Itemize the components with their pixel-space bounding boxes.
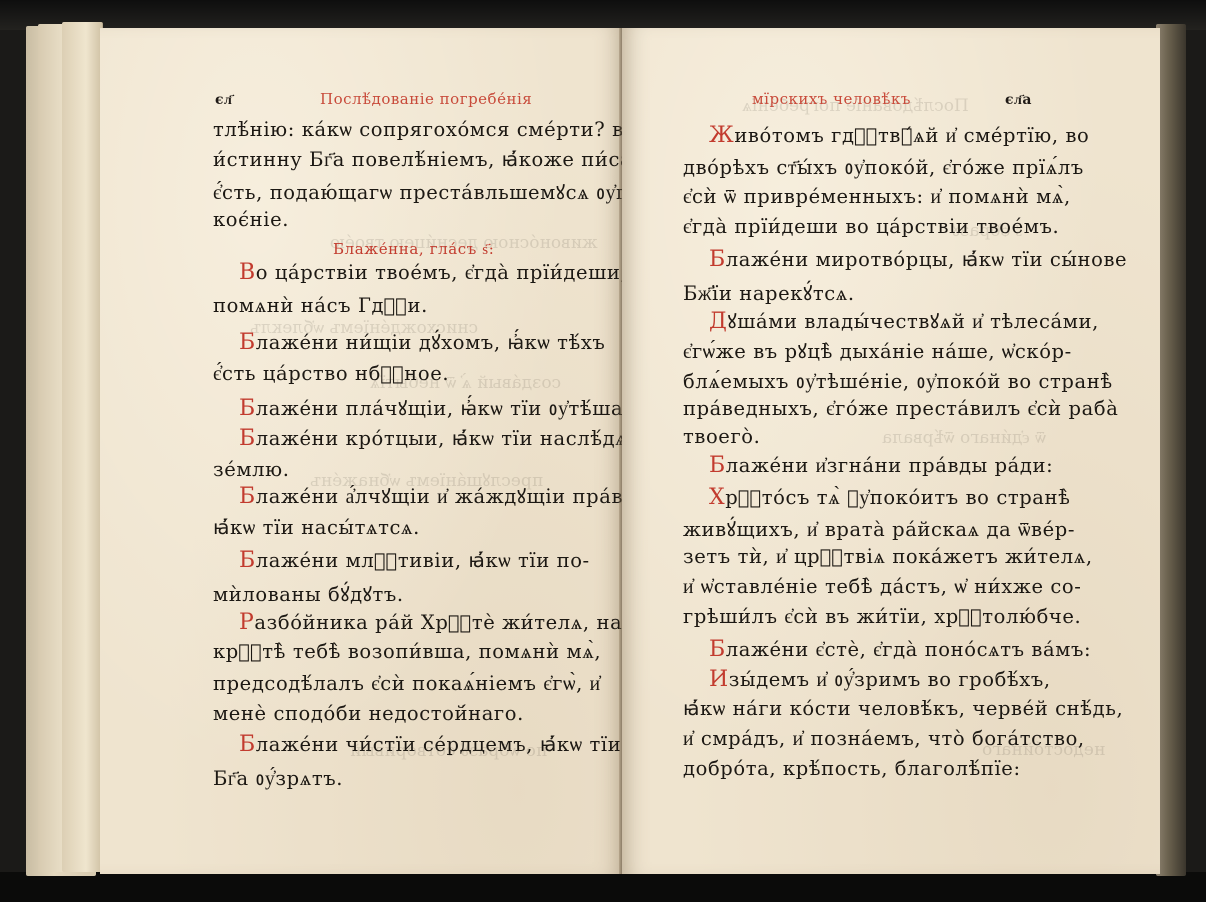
line-text: тлѣ́нію: ка́кѡ сопрягохо́мся сме́рти? во… xyxy=(213,118,643,141)
background-top xyxy=(0,0,1206,30)
text-line: живꙋ́щихъ, и҆ врата̀ ра́йскаѧ да ѿве́р- xyxy=(683,515,1075,542)
line-text: лаже́ни млⷭ҇тивіи, ꙗ҆́кѡ тїи по- xyxy=(256,549,590,572)
line-text: є҆гѡ́же въ рꙋцѣ̀ дыха́ніе на́ше, ѡ҆ско́р… xyxy=(683,340,1072,363)
text-line: добро́та, крѣ́пость, благолѣ́пїе: xyxy=(683,757,1021,780)
text-line: є҆гѡ́же въ рꙋцѣ̀ дыха́ніе на́ше, ѡ҆ско́р… xyxy=(683,337,1072,364)
red-initial: Б xyxy=(709,637,726,662)
text-line: коє́ніе. xyxy=(213,208,289,231)
text-line: и҆ смра́дъ, и҆ позна́емъ, что̀ бога́тств… xyxy=(683,727,1085,751)
line-text: лаже́ни и҆згна́ни пра́вды ра́ди: xyxy=(726,454,1053,477)
line-text: є҆́сть ца́рство нбⷭ҇ное. xyxy=(213,362,449,385)
line-text: добро́та, крѣ́пость, благолѣ́пїе: xyxy=(683,757,1021,780)
red-initial: Б xyxy=(239,330,256,355)
text-line: Во ца́рствіи твое́мъ, є҆гда̀ прїи́деши, xyxy=(239,260,627,285)
page-stack-edge xyxy=(62,22,103,872)
red-initial: Б xyxy=(239,484,256,509)
red-initial: И xyxy=(709,667,729,692)
line-text: лаже́ни є҆стѐ, є҆гда̀ поно́сѧтъ ва́мъ: xyxy=(726,638,1091,661)
line-text: пра́ведныхъ, є҆го́же преста́вилъ є҆сѝ ра… xyxy=(683,397,1118,420)
text-line: и́стинну Бг҃а повелѣ́ніемъ, ꙗ҆́коже пи́с… xyxy=(213,148,658,172)
folio-number: єл҃а xyxy=(1005,92,1032,108)
running-head: мїрскихъ человѣ́къ xyxy=(752,90,911,108)
text-line: крⷭ҇тѣ̀ тебѣ̀ возопи́вша, помѧнѝ мѧ̀, xyxy=(213,640,601,664)
right-running-head-wrap: мїрскихъ человѣ́къ xyxy=(752,90,911,108)
text-line: є҆гда̀ прїи́деши во ца́рствіи твое́мъ. xyxy=(683,215,1059,239)
text-line: дво́рѣхъ ст҃ы́хъ ᲂу҆поко́й, є҆го́же прїѧ… xyxy=(683,153,1084,180)
line-text: помѧнѝ на́съ Гдⷭ҇и. xyxy=(213,294,428,317)
red-initial: Ж xyxy=(709,123,734,148)
red-initial: Х xyxy=(709,485,725,510)
line-text: зетъ тѝ, и҆ црⷭ҇твіѧ пока́жетъ жи́телѧ, xyxy=(683,545,1093,568)
running-head: Послѣ́дованіе погребе́нія xyxy=(320,90,532,108)
line-text: живꙋ́щихъ, и҆ врата̀ ра́йскаѧ да ѿве́р- xyxy=(683,518,1075,541)
line-text: предсодѣ́лалъ є҆сѝ покаѧ́ніемъ є҆гѡ̀, и҆ xyxy=(213,672,601,695)
text-line: є҆́сть ца́рство нбⷭ҇ное. xyxy=(213,362,449,386)
line-text: и҆ смра́дъ, и҆ позна́емъ, что̀ бога́тств… xyxy=(683,727,1085,750)
red-initial: Б xyxy=(239,548,256,573)
text-line: предсодѣ́лалъ є҆сѝ покаѧ́ніемъ є҆гѡ̀, и҆ xyxy=(213,672,601,696)
line-text: лаже́ни а҆́лчꙋщіи и҆ жа́ждꙋщіи пра́вды, xyxy=(256,485,659,508)
line-text: дво́рѣхъ ст҃ы́хъ ᲂу҆поко́й, є҆го́же прїѧ… xyxy=(683,156,1084,179)
text-line: Изы́демъ и҆ ᲂу҆́зримъ во гробѣ́хъ, xyxy=(709,665,1051,692)
line-text: азбо́йника ра́й Хрⷭ҇тѐ жи́телѧ, на xyxy=(254,611,622,634)
line-text: коє́ніе. xyxy=(213,208,289,231)
line-text: лаже́ни чи́стїи се́рдцемъ, ꙗ҆́кѡ тїи xyxy=(256,733,622,756)
text-line: Блаже́ни миротво́рцы, ꙗ҆́кѡ тїи сы́нове xyxy=(709,247,1127,272)
text-line: грѣши́лъ є҆сѝ въ жи́тїи, хрⷭ҇толю́бче. xyxy=(683,605,1081,629)
line-text: лаже́ни пла́чꙋщіи, ꙗ҆́кѡ тїи ᲂу҆тѣ́шатсѧ… xyxy=(256,397,665,420)
text-line: є҆сѝ ѿ привре́менныхъ: и҆ помѧнѝ мѧ̀, xyxy=(683,185,1071,209)
line-text: лаже́ни ни́щіи дꙋ́хомъ, ꙗ҆́кѡ тѣ́хъ xyxy=(256,331,606,354)
text-line: Блаже́ни чи́стїи се́рдцемъ, ꙗ҆́кѡ тїи xyxy=(239,732,621,757)
red-initial: Б xyxy=(239,732,256,757)
text-line: Хрⷭ҇то́съ тѧ̀ ᲂу҆поко́итъ во странѣ̀ xyxy=(709,485,1071,510)
red-initial: Д xyxy=(709,309,728,334)
text-line: Дꙋша́ми влады́чествꙋѧй и҆ тѣлеса́ми, xyxy=(709,307,1099,334)
line-text: твоего̀. xyxy=(683,425,760,448)
red-initial: В xyxy=(239,260,256,285)
text-line: Блаже́ни а҆́лчꙋщіи и҆ жа́ждꙋщіи пра́вды, xyxy=(239,482,659,509)
red-initial: Р xyxy=(239,610,254,635)
text-line: зе́млю. xyxy=(213,458,290,481)
line-text: лаже́ни миротво́рцы, ꙗ҆́кѡ тїи сы́нове xyxy=(726,248,1127,271)
text-line: Разбо́йника ра́й Хрⷭ҇тѐ жи́телѧ, на xyxy=(239,610,622,635)
line-text: Бг҃а ᲂу҆́зрѧтъ. xyxy=(213,767,343,790)
rubric-text: Блаже́нна, гла́съ ѕ҃: xyxy=(333,240,494,258)
text-line: Бг҃а ᲂу҆́зрѧтъ. xyxy=(213,764,343,791)
line-text: є҆́сть, подаю́щагѡ преста́вльшемꙋсѧ ᲂу҆п… xyxy=(213,181,649,204)
text-line: Блаже́ни кро́тцыи, ꙗ҆́кѡ тїи наслѣ́дѧтъ xyxy=(239,426,652,451)
text-line: менѐ сподо́би недостой́наго. xyxy=(213,702,524,725)
text-line: Блаже́ни и҆згна́ни пра́вды ра́ди: xyxy=(709,453,1053,478)
text-line: ꙗ҆́кѡ на́ги ко́сти человѣ́къ, черве́й сн… xyxy=(683,697,1123,721)
text-line: ꙗ҆́кѡ тїи насы́тѧтсѧ. xyxy=(213,516,420,540)
line-text: иво́томъ гдⷭ҇твꙋ́ѧй и҆ сме́ртїю, во xyxy=(734,124,1089,147)
text-line: зетъ тѝ, и҆ црⷭ҇твіѧ пока́жетъ жи́телѧ, xyxy=(683,545,1093,569)
line-text: и҆ ѡ҆ставле́ніе тебѣ̀ да́стъ, ѡ҆ ни́хже … xyxy=(683,575,1081,598)
text-line: Бж҃їи нарекꙋ́тсѧ. xyxy=(683,279,855,306)
line-text: ꙋша́ми влады́чествꙋѧй и҆ тѣлеса́ми, xyxy=(728,310,1099,333)
line-text: є҆гда̀ прїи́деши во ца́рствіи твое́мъ. xyxy=(683,215,1059,238)
line-text: зы́демъ и҆ ᲂу҆́зримъ во гробѣ́хъ, xyxy=(729,668,1051,691)
text-line: и҆ ѡ҆ставле́ніе тебѣ̀ да́стъ, ѡ҆ ни́хже … xyxy=(683,575,1081,599)
text-line: Живо́томъ гдⷭ҇твꙋ́ѧй и҆ сме́ртїю, во xyxy=(709,123,1089,148)
line-text: Бж҃їи нарекꙋ́тсѧ. xyxy=(683,282,855,305)
text-line: Блаже́ни є҆стѐ, є҆гда̀ поно́сѧтъ ва́мъ: xyxy=(709,637,1091,662)
book-cover-edge xyxy=(1156,24,1186,876)
line-text: менѐ сподо́би недостой́наго. xyxy=(213,702,524,725)
red-initial: Б xyxy=(709,453,726,478)
line-text: грѣши́лъ є҆сѝ въ жи́тїи, хрⷭ҇толю́бче. xyxy=(683,605,1081,628)
background-bottom xyxy=(0,872,1206,902)
folio-number: єл҃ xyxy=(215,92,232,108)
line-text: и́стинну Бг҃а повелѣ́ніемъ, ꙗ҆́коже пи́с… xyxy=(213,148,658,171)
text-line: твоего̀. xyxy=(683,425,760,448)
text-line: тлѣ́нію: ка́кѡ сопрягохо́мся сме́рти? во… xyxy=(213,118,643,142)
show-through-text: ѿ є҆ди́наго ѿѣ́рвала xyxy=(882,428,1046,448)
red-initial: Б xyxy=(709,247,726,272)
line-text: є҆сѝ ѿ привре́менныхъ: и҆ помѧнѝ мѧ̀, xyxy=(683,185,1071,208)
text-line: Блаже́ни пла́чꙋщіи, ꙗ҆́кѡ тїи ᲂу҆тѣ́шатс… xyxy=(239,394,665,421)
line-text: лаже́ни кро́тцыи, ꙗ҆́кѡ тїи наслѣ́дѧтъ xyxy=(256,427,652,450)
line-text: крⷭ҇тѣ̀ тебѣ̀ возопи́вша, помѧнѝ мѧ̀, xyxy=(213,640,601,663)
line-text: мѝлованы бꙋ́дꙋтъ. xyxy=(213,583,404,606)
text-line: пра́ведныхъ, є҆го́же преста́вилъ є҆сѝ ра… xyxy=(683,397,1118,421)
red-initial: Б xyxy=(239,396,256,421)
line-text: рⷭ҇то́съ тѧ̀ ᲂу҆поко́итъ во странѣ̀ xyxy=(725,486,1070,509)
text-line: блѧ́емыхъ ᲂу҆тѣше́ніе, ᲂу҆поко́й во стра… xyxy=(683,367,1113,394)
text-line: помѧнѝ на́съ Гдⷭ҇и. xyxy=(213,294,428,318)
line-text: ꙗ҆́кѡ тїи насы́тѧтсѧ. xyxy=(213,516,420,539)
line-text: ꙗ҆́кѡ на́ги ко́сти человѣ́къ, черве́й сн… xyxy=(683,697,1123,720)
text-line: є҆́сть, подаю́щагѡ преста́вльшемꙋсѧ ᲂу҆п… xyxy=(213,178,649,205)
text-line: Блаже́ни млⷭ҇тивіи, ꙗ҆́кѡ тїи по- xyxy=(239,548,590,573)
line-text: зе́млю. xyxy=(213,458,290,481)
line-text: блѧ́емыхъ ᲂу҆тѣше́ніе, ᲂу҆поко́й во стра… xyxy=(683,370,1113,393)
section-rubric: Блаже́нна, гла́съ ѕ҃: xyxy=(333,236,494,259)
left-running-head-wrap: Послѣ́дованіе погребе́нія xyxy=(320,90,532,108)
text-line: мѝлованы бꙋ́дꙋтъ. xyxy=(213,580,404,607)
red-initial: Б xyxy=(239,426,256,451)
line-text: о ца́рствіи твое́мъ, є҆гда̀ прїи́деши, xyxy=(256,261,628,284)
right-header: єл҃а xyxy=(1005,90,1032,109)
text-line: Блаже́ни ни́щіи дꙋ́хомъ, ꙗ҆́кѡ тѣ́хъ xyxy=(239,328,605,355)
left-header: єл҃ xyxy=(215,90,232,109)
